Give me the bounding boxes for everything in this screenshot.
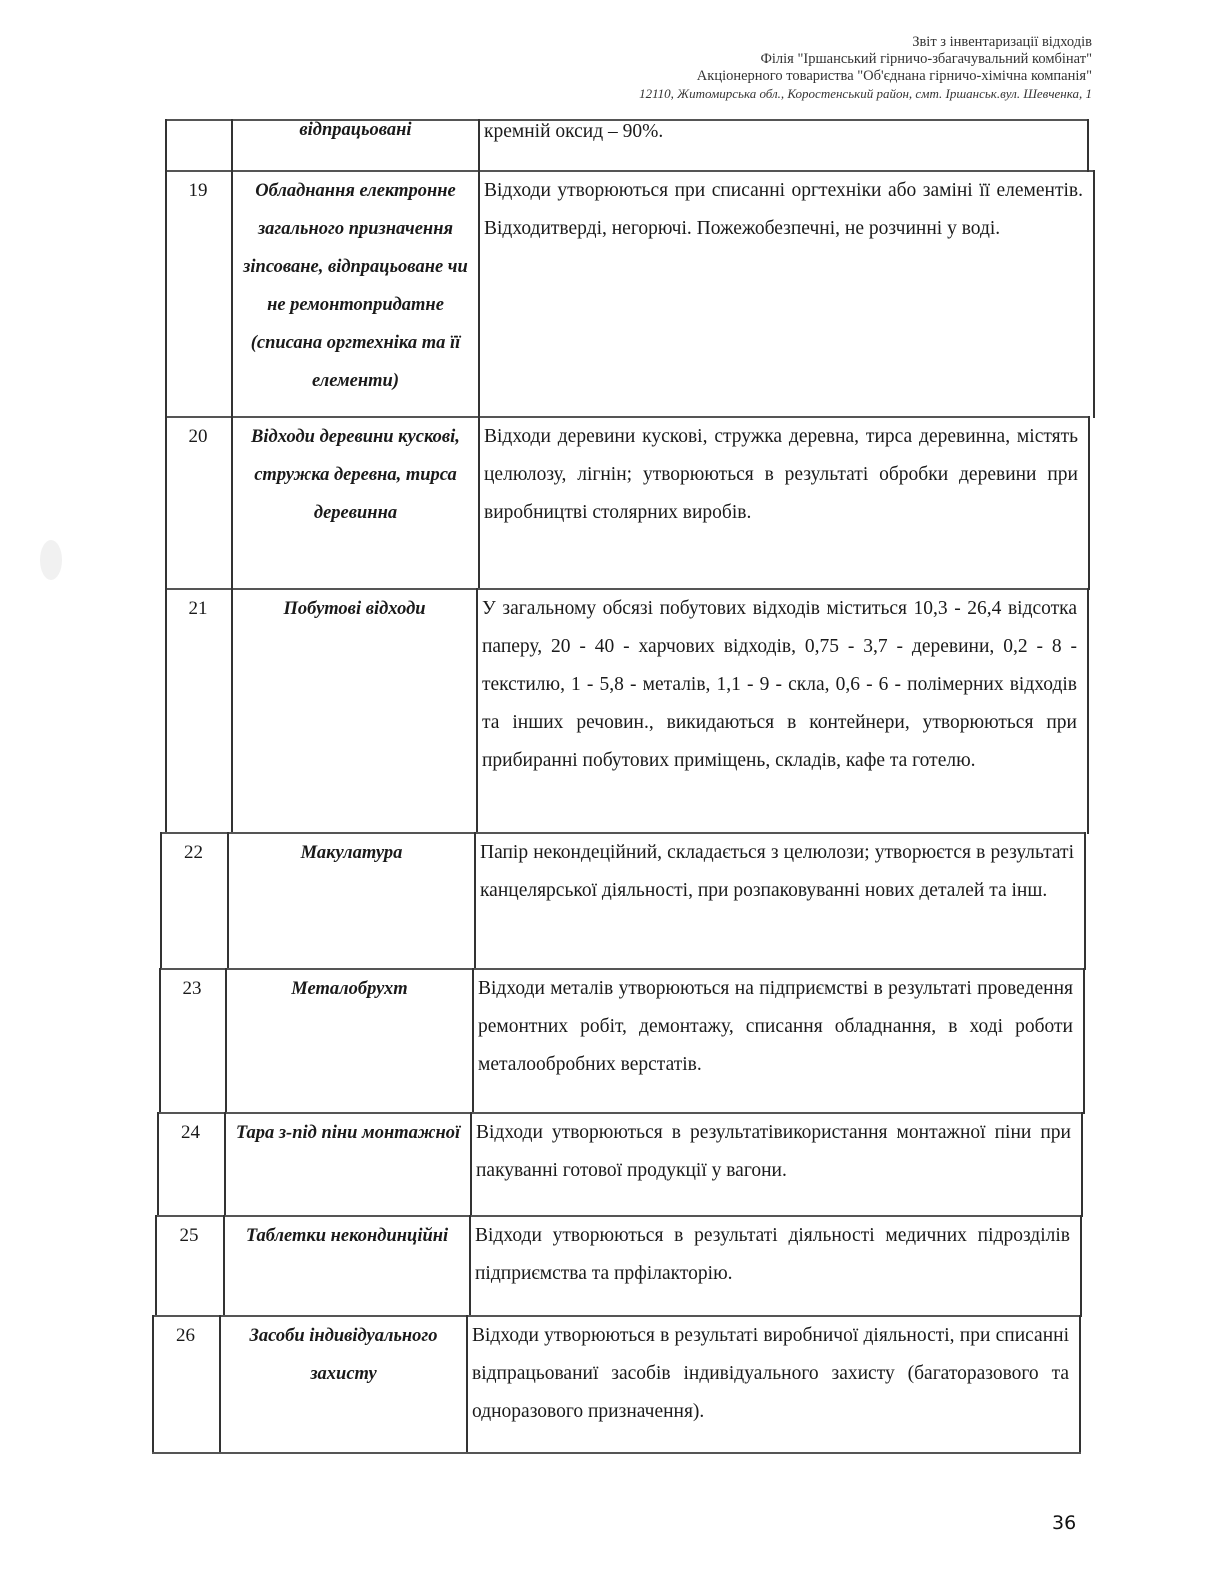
table-row: 21Побутові відходиУ загальному обсязі по…: [165, 590, 1083, 834]
column-border-right: [1087, 588, 1089, 834]
row-divider: [152, 1315, 1081, 1317]
waste-description: Відходи утворюються в результатівикорист…: [472, 1114, 1077, 1217]
table-row: 25Таблетки некондинційніВідходи утворюют…: [155, 1217, 1076, 1317]
waste-description: Відходи утворюються в результаті виробни…: [468, 1317, 1075, 1452]
table-row: 24Тара з-під піни монтажноїВідходи утвор…: [157, 1114, 1077, 1217]
waste-table: відпрацьовані кремній оксид – 90%. 19Обл…: [0, 0, 1219, 1574]
column-border-name: [472, 968, 474, 1114]
column-border-name: [478, 119, 480, 172]
column-border-number: [231, 119, 233, 172]
waste-description: Відходи металів утворюються на підприємс…: [474, 970, 1079, 1114]
column-border-left: [165, 170, 167, 418]
table-top-border: [165, 119, 1089, 121]
column-border-number: [231, 170, 233, 418]
row-divider: [160, 832, 1086, 834]
table-row: 22МакулатураПапір некондеційний, складає…: [160, 834, 1080, 970]
waste-description: Папір некондеційний, складається з целюл…: [476, 834, 1080, 970]
waste-description: У загальному обсязі побутових відходів м…: [478, 590, 1083, 834]
column-border-name: [478, 416, 480, 590]
column-border-right: [1088, 416, 1090, 590]
waste-name: Засоби індивідуального захисту: [221, 1317, 466, 1452]
row-number: 19: [165, 172, 231, 418]
row-divider: [155, 1215, 1082, 1217]
column-border-left: [165, 416, 167, 590]
column-border-name: [478, 170, 480, 418]
column-border-name: [469, 1215, 471, 1317]
waste-name: Макулатура: [229, 834, 474, 970]
column-border-left: [155, 1215, 157, 1317]
waste-name: Побутові відходи: [233, 590, 476, 834]
column-border-left: [152, 1315, 154, 1452]
row-divider: [157, 1112, 1083, 1114]
waste-name: Металобрухт: [227, 970, 472, 1114]
waste-name: Таблетки некондинційні: [225, 1217, 469, 1317]
waste-name: відпрацьовані: [233, 120, 478, 170]
column-border-number: [223, 1215, 225, 1317]
column-border-name: [466, 1315, 468, 1452]
column-border-right: [1084, 832, 1086, 970]
column-border-right: [1080, 1215, 1082, 1317]
column-border-left: [157, 1112, 159, 1217]
table-row: 20Відходи деревини кускові, стружка дере…: [165, 418, 1084, 590]
column-border-number: [231, 416, 233, 590]
row-divider: [165, 170, 1095, 172]
waste-description: Відходи утворюються в результаті діяльно…: [471, 1217, 1076, 1317]
row-divider: [159, 968, 1085, 970]
waste-name: Обладнання електронне загального признач…: [233, 172, 478, 418]
column-border-name: [470, 1112, 472, 1217]
column-border-left: [165, 588, 167, 834]
row-number: 25: [155, 1217, 223, 1317]
column-border-right: [1083, 968, 1085, 1114]
table-row: 26Засоби індивідуального захистуВідходи …: [152, 1317, 1075, 1452]
row-number: 23: [159, 970, 225, 1114]
row-number: [165, 120, 231, 170]
column-border-number: [227, 832, 229, 970]
column-border-right: [1079, 1315, 1081, 1452]
column-border-right: [1087, 119, 1089, 172]
column-border-number: [219, 1315, 221, 1452]
row-divider: [165, 588, 1089, 590]
row-number: 24: [157, 1114, 224, 1217]
column-border-name: [476, 588, 478, 834]
page-number: 36: [1052, 1512, 1076, 1534]
waste-description: Відходи деревини кускові, стружка деревн…: [480, 418, 1084, 590]
column-border-number: [231, 588, 233, 834]
row-number: 21: [165, 590, 231, 834]
table-row: 23МеталобрухтВідходи металів утворюються…: [159, 970, 1079, 1114]
waste-name: Відходи деревини кускові, стружка деревн…: [233, 418, 478, 590]
column-border-left: [165, 119, 167, 172]
table-row-continuation: відпрацьовані кремній оксид – 90%.: [165, 120, 1089, 170]
column-border-number: [225, 968, 227, 1114]
column-border-right: [1093, 170, 1095, 418]
waste-name: Тара з-під піни монтажної: [226, 1114, 470, 1217]
column-border-right: [1081, 1112, 1083, 1217]
waste-description: Відходи утворюються при списанні оргтехн…: [480, 172, 1089, 418]
column-border-name: [474, 832, 476, 970]
table-row: 19Обладнання електронне загального призн…: [165, 172, 1089, 418]
column-border-left: [160, 832, 162, 970]
waste-description: кремній оксид – 90%.: [480, 120, 1085, 170]
row-number: 20: [165, 418, 231, 590]
table-bottom-border: [152, 1452, 1081, 1454]
row-number: 26: [152, 1317, 219, 1452]
row-divider: [165, 416, 1090, 418]
column-border-number: [224, 1112, 226, 1217]
row-number: 22: [160, 834, 227, 970]
column-border-left: [159, 968, 161, 1114]
